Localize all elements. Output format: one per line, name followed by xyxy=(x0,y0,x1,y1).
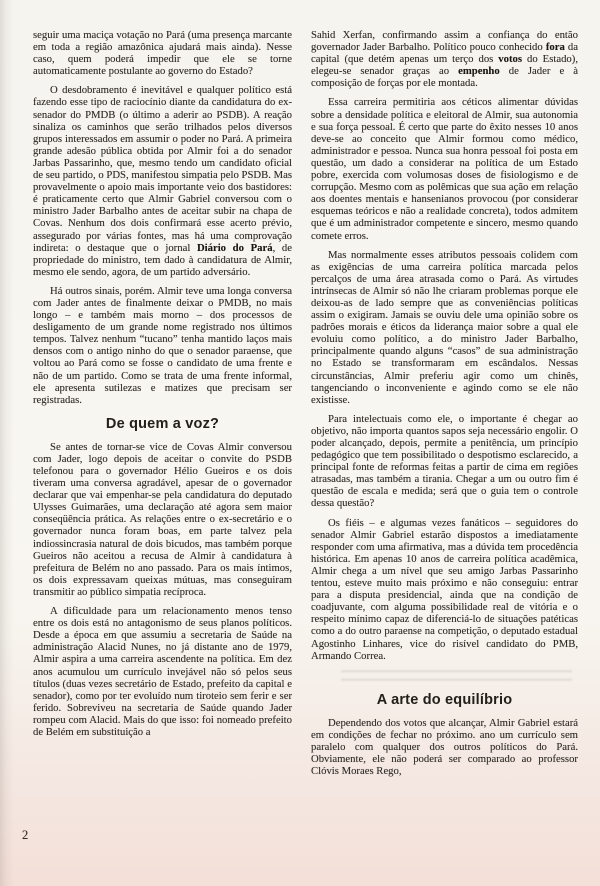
text-segment: Há outros sinais, porém. Almir teve uma … xyxy=(33,285,292,406)
text-segment: Mas normalmente esses atributos pessoais… xyxy=(311,249,578,406)
emphasized-text: votos xyxy=(498,53,522,65)
article-paragraph: Essa carreira permitiria aos céticos ali… xyxy=(311,96,578,241)
emphasized-text: fora xyxy=(546,41,565,53)
article-paragraph: Sahid Xerfan, confirmando assim a confia… xyxy=(311,29,578,89)
text-segment: Essa carreira permitiria aos céticos ali… xyxy=(311,96,578,241)
show-through-artifact xyxy=(341,670,572,686)
text-segment: Se antes de tornar-se vice de Covas Almi… xyxy=(33,441,292,598)
emphasized-text: Diário do Pará xyxy=(197,242,273,254)
text-segment: O desdobramento é inevitável e qualquer … xyxy=(33,84,292,253)
article-paragraph: Dependendo dos votos que alcançar, Almir… xyxy=(311,717,578,777)
article-paragraph: A dificuldade para um relacionamento men… xyxy=(33,605,292,738)
page-number: 2 xyxy=(22,828,28,843)
text-segment: seguir uma maciça votação no Pará (uma p… xyxy=(33,29,292,77)
article-paragraph: O desdobramento é inevitável e qualquer … xyxy=(33,84,292,278)
article-paragraph: seguir uma maciça votação no Pará (uma p… xyxy=(33,29,292,77)
article-paragraph: Para intelectuais como ele, o importante… xyxy=(311,413,578,510)
text-segment: Sahid Xerfan, confirmando assim a confia… xyxy=(311,29,578,53)
article-paragraph: Há outros sinais, porém. Almir teve uma … xyxy=(33,285,292,406)
article-columns: seguir uma maciça votação no Pará (uma p… xyxy=(0,0,600,784)
text-segment: Os fiéis – e algumas vezes fanáticos – s… xyxy=(311,517,578,662)
text-segment: A dificuldade para um relacionamento men… xyxy=(33,605,292,738)
section-heading-a-arte-do-equilibrio: A arte do equilíbrio xyxy=(311,692,578,708)
column-left: seguir uma maciça votação no Pará (uma p… xyxy=(33,29,292,784)
article-paragraph: Mas normalmente esses atributos pessoais… xyxy=(311,249,578,406)
text-segment: Dependendo dos votos que alcançar, Almir… xyxy=(311,717,578,777)
scanned-article-page: seguir uma maciça votação no Pará (uma p… xyxy=(0,0,600,886)
section-heading-de-quem-a-voz: De quem a voz? xyxy=(33,416,292,432)
text-segment: Para intelectuais como ele, o importante… xyxy=(311,413,578,510)
emphasized-text: empenho xyxy=(458,65,500,77)
column-right: Sahid Xerfan, confirmando assim a confia… xyxy=(311,29,578,784)
article-paragraph: Se antes de tornar-se vice de Covas Almi… xyxy=(33,441,292,598)
article-paragraph: Os fiéis – e algumas vezes fanáticos – s… xyxy=(311,517,578,662)
